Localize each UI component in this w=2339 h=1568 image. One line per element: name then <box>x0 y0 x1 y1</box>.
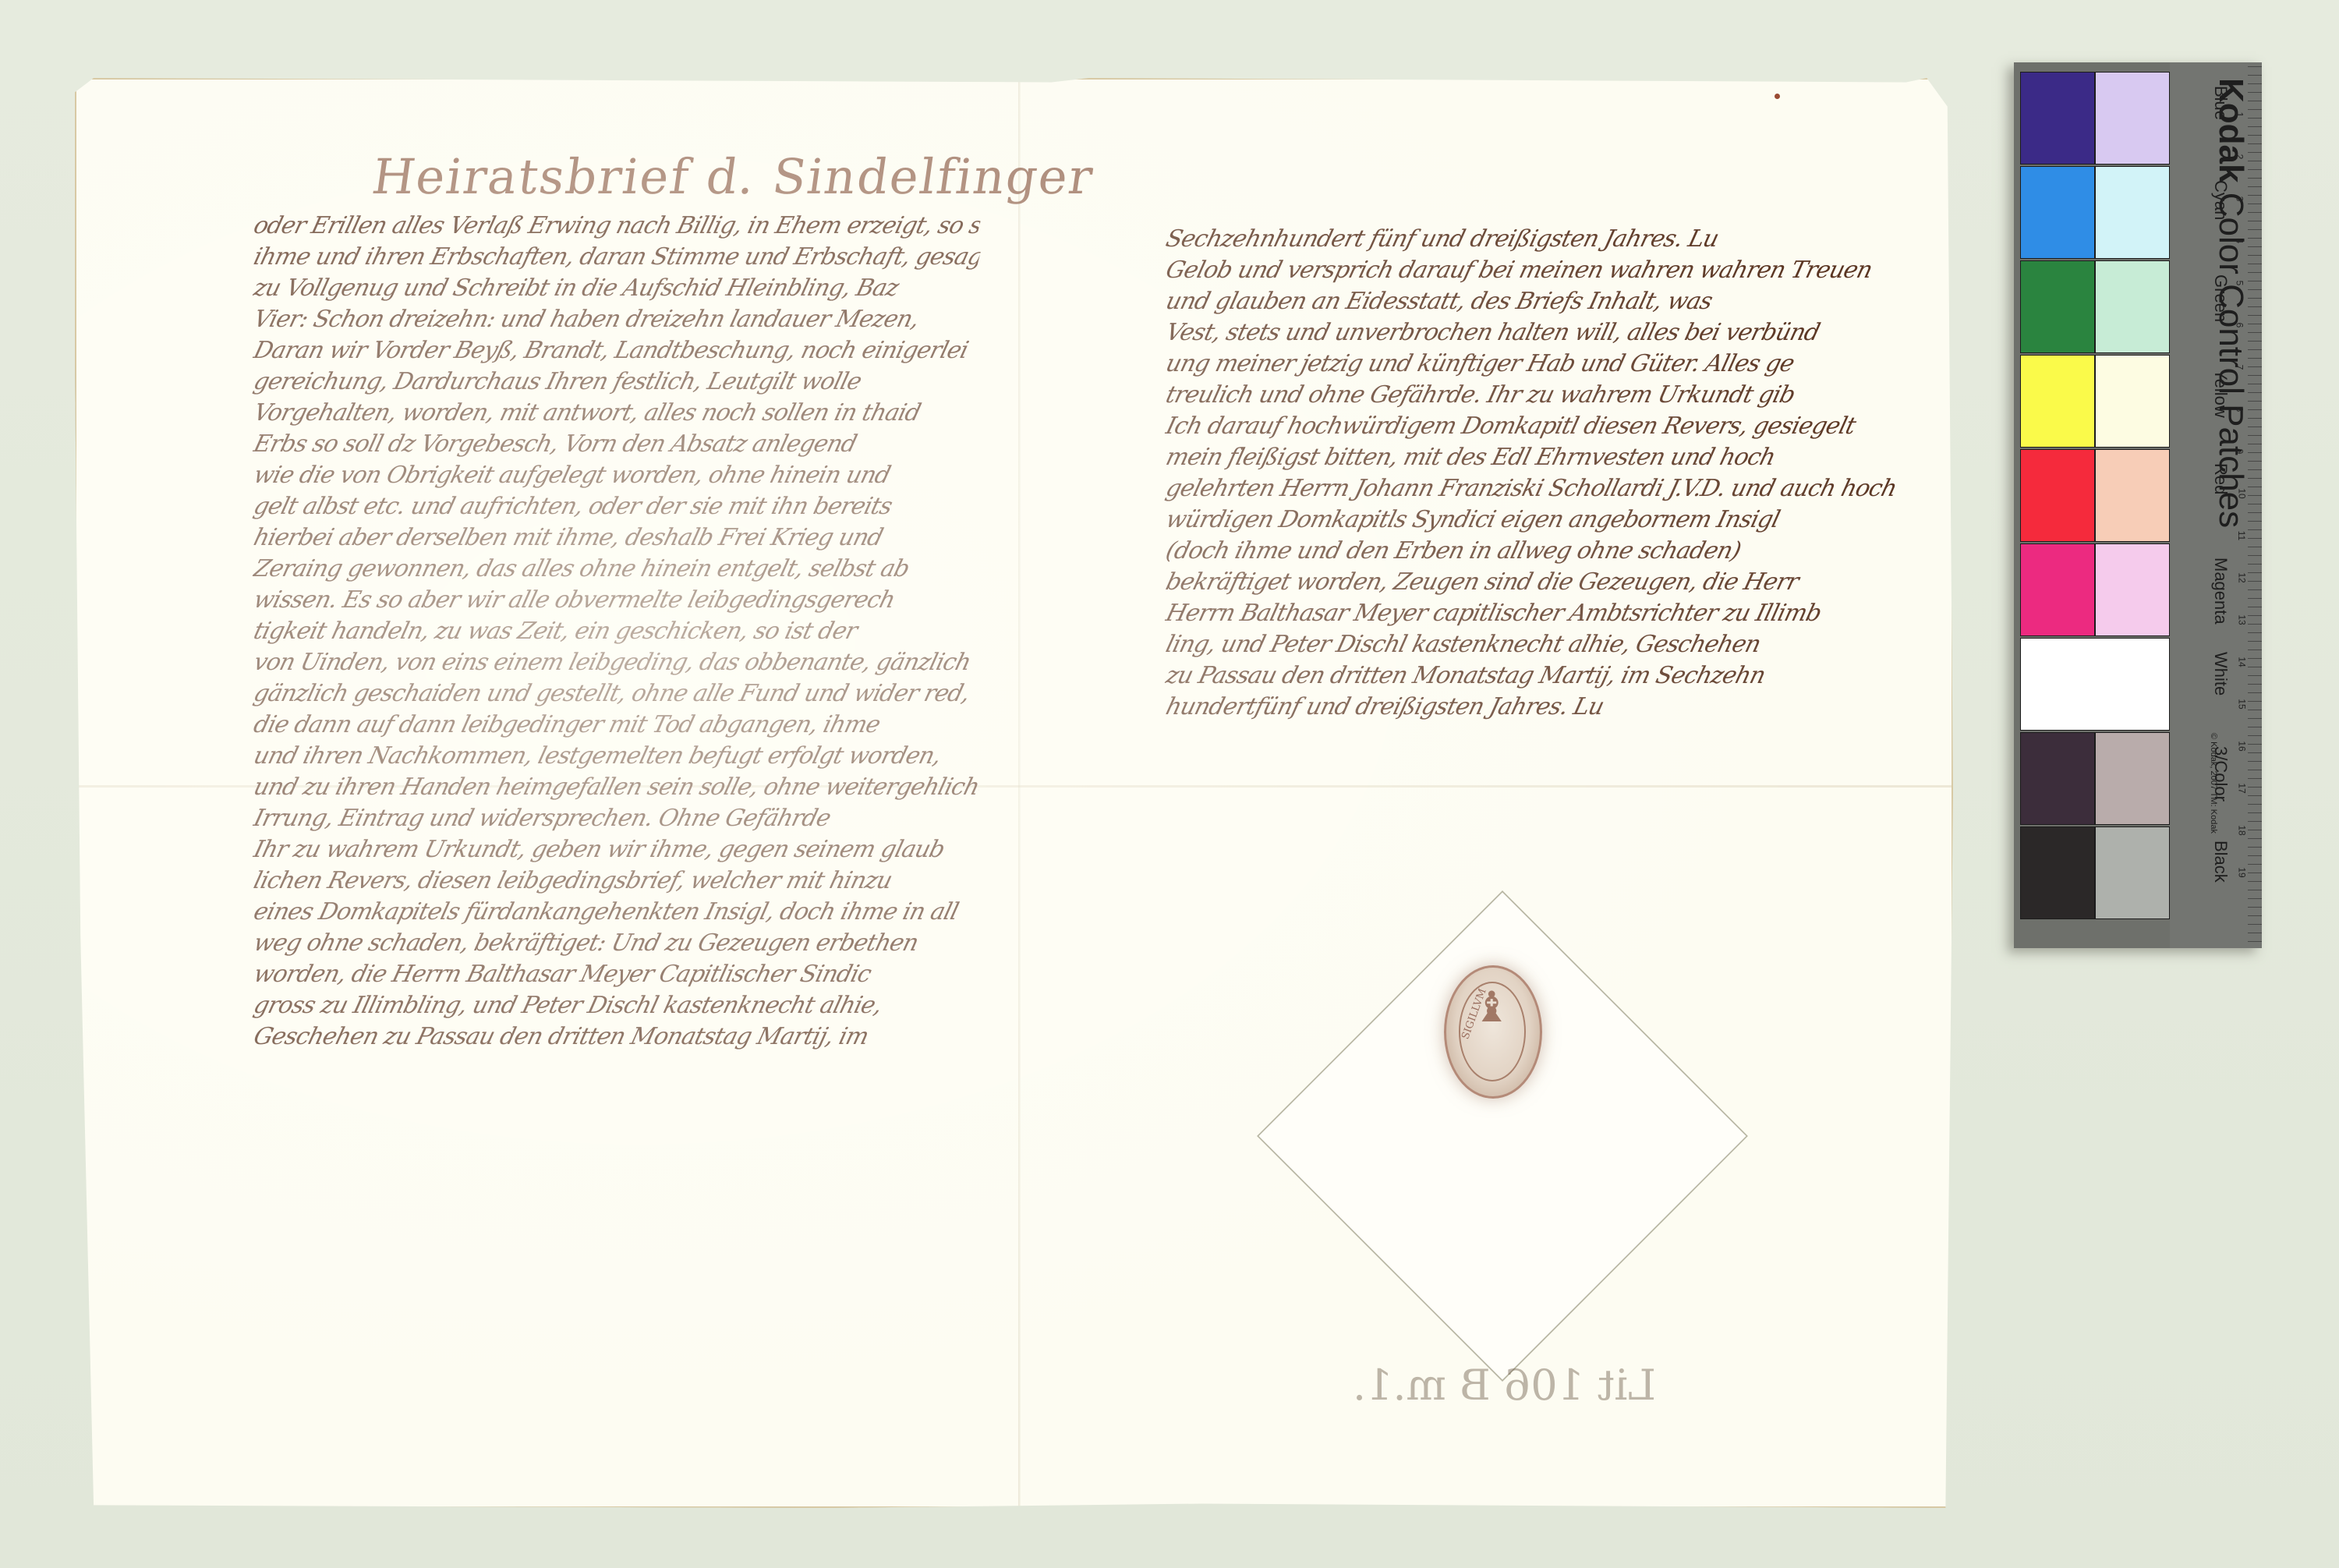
light-patch <box>2095 543 2170 636</box>
vertical-fold-line <box>1018 80 1021 1506</box>
ink-stain <box>1775 94 1780 99</box>
patch-row-green <box>2020 260 2170 353</box>
manuscript-line: wie die von Obrigkeit aufgelegt worden, … <box>250 460 983 491</box>
manuscript-line: hundertfünf und dreißigsten Jahres. Lu <box>1162 692 1903 723</box>
cm-tick-label: 18 <box>2237 825 2248 835</box>
cm-tick-label: 17 <box>2237 783 2248 793</box>
manuscript-line: gelehrten Herrn Johann Franziski Scholla… <box>1162 473 1903 504</box>
patch-label: Red <box>2210 463 2231 494</box>
patch-label: Black <box>2210 841 2231 883</box>
white-patch <box>2020 638 2170 731</box>
manuscript-line: Herrn Balthasar Meyer capitlischer Ambts… <box>1162 598 1903 629</box>
light-patch <box>2095 72 2170 165</box>
light-patch <box>2095 260 2170 353</box>
manuscript-line: und ihren Nachkommen, lestgemelten befug… <box>250 741 983 772</box>
manuscript-line: ung meiner jetzig und künftiger Hab und … <box>1162 349 1903 380</box>
manuscript-line: die dann auf dann leibgedinger mit Tod a… <box>250 710 983 741</box>
manuscript-line: Vier: Schon dreizehn: und haben dreizehn… <box>250 304 983 335</box>
manuscript-line: würdigen Domkapitls Syndici eigen angebo… <box>1162 504 1903 536</box>
manuscript-line: Vest, stets und unverbrochen halten will… <box>1162 317 1903 349</box>
patch-row-cyan <box>2020 166 2170 259</box>
cm-tick-label: 4 <box>2234 239 2245 244</box>
manuscript-line: weg ohne schaden, bekräftiget: Und zu Ge… <box>250 928 983 959</box>
patch-row-magenta <box>2020 543 2170 636</box>
cm-tick-label: 13 <box>2237 614 2248 625</box>
color-patches <box>2020 62 2170 948</box>
manuscript-line: mein fleißigst bitten, mit des Edl Ehrnv… <box>1162 442 1903 473</box>
manuscript-line: gereichung, Dardurchaus Ihren festlich, … <box>250 366 983 398</box>
dark-patch <box>2020 72 2095 165</box>
manuscript-line: lichen Revers, diesen leibgedingsbrief, … <box>250 865 983 897</box>
manuscript-line: Irrung, Eintrag und widersprechen. Ohne … <box>250 803 983 834</box>
manuscript-line: bekräftiget worden, Zeugen sind die Geze… <box>1162 567 1903 598</box>
manuscript-line: und glauben an Eidesstatt, des Briefs In… <box>1162 286 1903 317</box>
left-page-text: oder Erillen alles Verlaß Erwing nach Bi… <box>254 211 979 1053</box>
manuscript-line: wissen. Es so aber wir alle obvermelte l… <box>250 585 983 616</box>
patch-row-yellow <box>2020 355 2170 448</box>
manuscript-line: und zu ihren Handen heimgefallen sein so… <box>250 772 983 803</box>
wax-seal: ♝ SIGILLVM <box>1444 965 1542 1099</box>
manuscript-line: ling, und Peter Dischl kastenknecht alhi… <box>1162 629 1903 660</box>
light-patch <box>2095 449 2170 542</box>
cm-tick-label: 11 <box>2236 531 2247 540</box>
cm-tick-label: 14 <box>2237 657 2248 667</box>
dark-patch <box>2020 732 2095 825</box>
manuscript-line: gelt albst etc. und aufrichten, oder der… <box>250 491 983 522</box>
cm-tick-label: 2 <box>2234 154 2245 160</box>
manuscript-line: eines Domkapitels fürdankangehenkten Ins… <box>250 897 983 928</box>
manuscript-line: tigkeit handeln, zu was Zeit, ein geschi… <box>250 616 983 647</box>
cm-tick-label: 1 <box>2234 112 2245 118</box>
cm-tick-label: 8 <box>2234 407 2245 412</box>
patch-row-white <box>2020 638 2170 731</box>
light-patch <box>2095 355 2170 448</box>
dark-patch <box>2020 543 2095 636</box>
manuscript-line: Vorgehalten, worden, mit antwort, alles … <box>250 398 983 429</box>
manuscript-line: zu Passau den dritten Monatstag Martij, … <box>1162 660 1903 692</box>
cm-tick-label: 19 <box>2237 867 2248 877</box>
manuscript-line: Erbs so soll dz Vorgebesch, Vorn den Abs… <box>250 429 983 460</box>
kodak-color-strip: Kodak Color Control Patches © Kodak, 200… <box>2014 62 2262 948</box>
light-patch <box>2095 166 2170 259</box>
patch-row-blue <box>2020 72 2170 165</box>
cm-tick-label: 12 <box>2237 572 2248 582</box>
dark-patch <box>2020 449 2095 542</box>
manuscript-line: zu Vollgenug und Schreibt in die Aufschi… <box>250 273 983 304</box>
cm-tick-label: 15 <box>2237 699 2248 709</box>
manuscript-sheet: Heiratsbrief d. Sindelfinger oder Erille… <box>75 78 1953 1508</box>
manuscript-line: Geschehen zu Passau den dritten Monatsta… <box>250 1021 983 1053</box>
manuscript-line: ihme und ihren Erbschaften, daran Stimme… <box>250 242 983 273</box>
manuscript-line: Gelob und versprich darauf bei meinen wa… <box>1162 255 1903 286</box>
dark-patch <box>2020 355 2095 448</box>
document-heading: Heiratsbrief d. Sindelfinger <box>369 148 1098 205</box>
light-patch <box>2095 732 2170 825</box>
manuscript-line: gänzlich geschaiden und gestellt, ohne a… <box>250 678 983 710</box>
dark-patch <box>2020 166 2095 259</box>
patch-label: Blue <box>2210 86 2231 120</box>
manuscript-line: gross zu Illimbling, und Peter Dischl ka… <box>250 990 983 1021</box>
patch-label: Magenta <box>2210 557 2231 625</box>
patch-label: White <box>2210 652 2231 696</box>
dark-patch <box>2020 260 2095 353</box>
manuscript-line: Sechzehnhundert fünf und dreißigsten Jah… <box>1162 224 1903 255</box>
patch-row-red <box>2020 449 2170 542</box>
cm-tick-label: 7 <box>2234 365 2245 370</box>
manuscript-line: (doch ihme und den Erben in allweg ohne … <box>1162 536 1903 567</box>
manuscript-line: oder Erillen alles Verlaß Erwing nach Bi… <box>250 211 983 242</box>
patch-label: Green <box>2210 274 2231 322</box>
cm-tick-label: 3 <box>2234 196 2245 202</box>
manuscript-line: von Uinden, von eins einem leibgeding, d… <box>250 647 983 678</box>
manuscript-line: worden, die Herrn Balthasar Meyer Capitl… <box>250 959 983 990</box>
cm-tick-label: 16 <box>2237 741 2248 751</box>
manuscript-line: Ihr zu wahrem Urkundt, geben wir ihme, g… <box>250 834 983 865</box>
manuscript-line: Ich darauf hochwürdigem Domkapitl diesen… <box>1162 411 1903 442</box>
cm-tick-label: 5 <box>2234 281 2245 286</box>
cm-tick-label: 6 <box>2234 323 2245 328</box>
cm-tick-label: 10 <box>2237 488 2248 498</box>
cm-tick-label: 9 <box>2234 449 2245 455</box>
patch-label: Yellow <box>2210 369 2231 418</box>
patch-label: Cyan <box>2210 180 2231 220</box>
patch-row-3-color <box>2020 732 2170 825</box>
manuscript-line: Daran wir Vorder Beyß, Brandt, Landtbesc… <box>250 335 983 366</box>
archive-shelf-mark: Lit 106 B m.1. <box>1353 1361 1656 1410</box>
manuscript-line: hierbei aber derselben mit ihme, deshalb… <box>250 522 983 554</box>
dark-patch <box>2020 826 2095 919</box>
patch-label: 3/Color <box>2210 746 2231 802</box>
patch-row-black <box>2020 826 2170 919</box>
light-patch <box>2095 826 2170 919</box>
right-page-text: Sechzehnhundert fünf und dreißigsten Jah… <box>1166 224 1899 723</box>
manuscript-line: treulich und ohne Gefährde. Ihr zu wahre… <box>1162 380 1903 411</box>
manuscript-line: Zeraing gewonnen, das alles ohne hinein … <box>250 554 983 585</box>
